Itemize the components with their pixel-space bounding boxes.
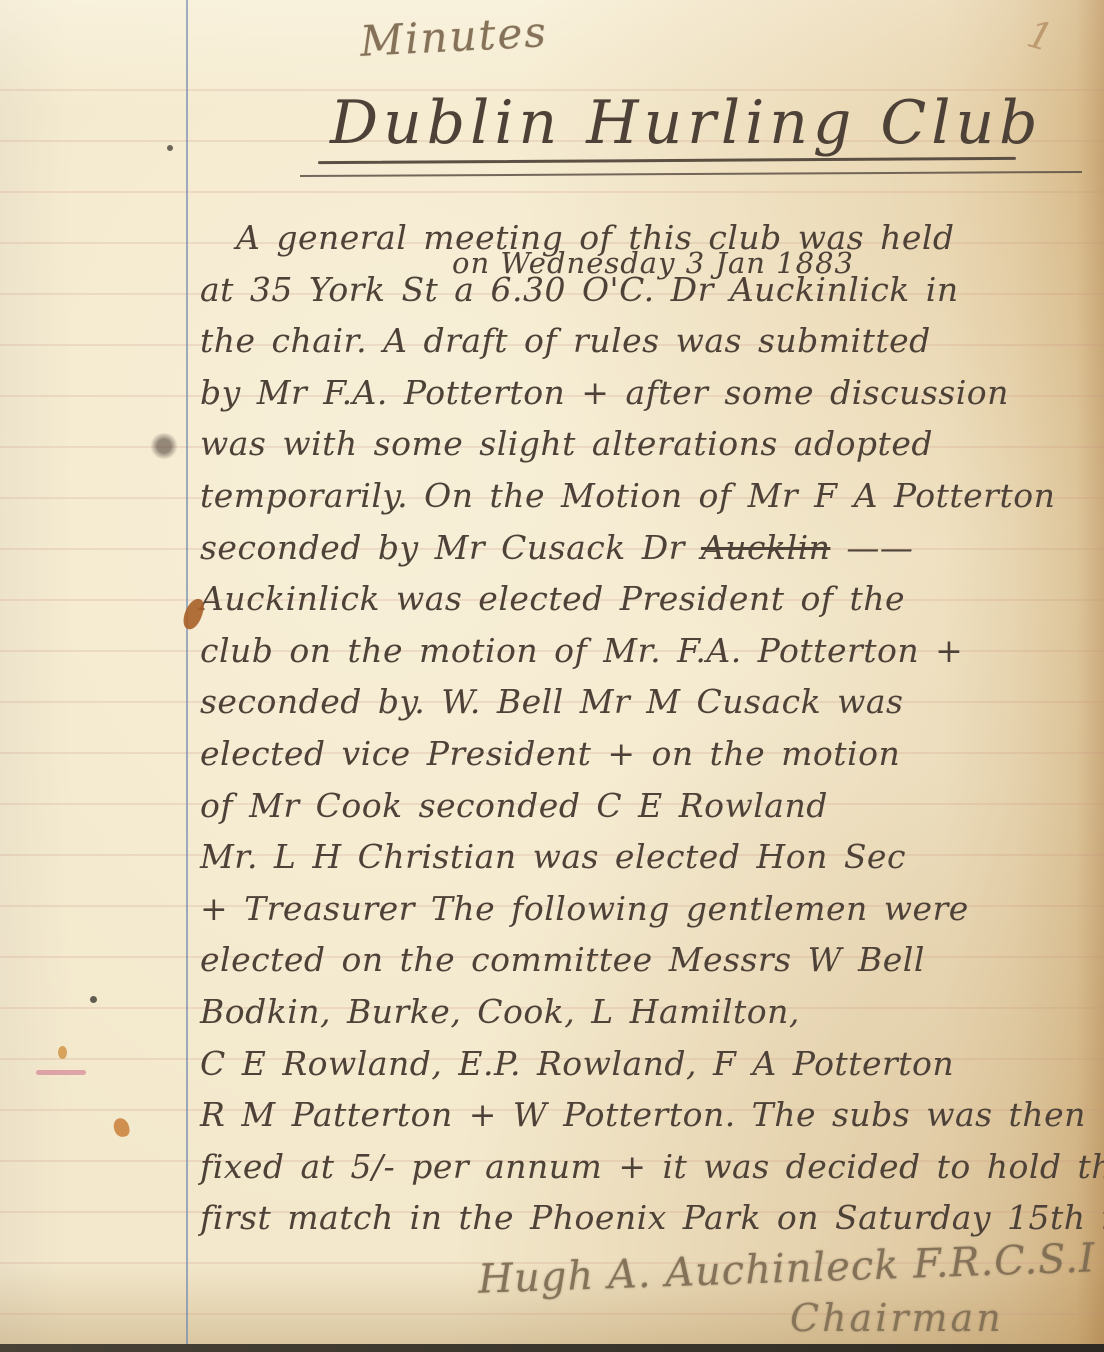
manuscript-line: by Mr F.A. Potterton + after some discus… bbox=[200, 367, 1095, 419]
manuscript-line: club on the motion of Mr. F.A. Potterton… bbox=[200, 625, 1095, 677]
signature-role: Chairman bbox=[790, 1296, 1004, 1340]
manuscript-line: Bodkin, Burke, Cook, L Hamilton, bbox=[200, 986, 1095, 1038]
manuscript-body: A general meeting of this club was helda… bbox=[200, 212, 1095, 1244]
manuscript-line: seconded by Mr Cusack Dr Aucklin —— bbox=[200, 522, 1095, 574]
margin-line bbox=[186, 0, 188, 1344]
signature: Hugh A. Auchinleck F.R.C.S.I bbox=[477, 1235, 1098, 1303]
rust-stain-small bbox=[112, 1117, 131, 1139]
pink-mark bbox=[36, 1070, 86, 1075]
ink-blot bbox=[150, 433, 178, 459]
small-dot bbox=[167, 145, 173, 151]
manuscript-line: was with some slight alterations adopted bbox=[200, 418, 1095, 470]
manuscript-page: 1 Minutes Dublin Hurling Club on Wednesd… bbox=[0, 0, 1104, 1352]
manuscript-line: A general meeting of this club was held bbox=[200, 212, 1095, 264]
orange-speck bbox=[58, 1046, 67, 1059]
title-underline-secondary bbox=[300, 171, 1082, 177]
manuscript-line: seconded by. W. Bell Mr M Cusack was bbox=[200, 676, 1095, 728]
manuscript-line: Auckinlick was elected President of the bbox=[200, 573, 1095, 625]
manuscript-line: Mr. L H Christian was elected Hon Sec bbox=[200, 831, 1095, 883]
minutes-heading: Minutes bbox=[359, 7, 549, 66]
manuscript-line: elected vice President + on the motion bbox=[200, 728, 1095, 780]
manuscript-line: of Mr Cook seconded C E Rowland bbox=[200, 780, 1095, 832]
scan-edge bbox=[0, 1344, 1104, 1352]
manuscript-line: fixed at 5/- per annum + it was decided … bbox=[200, 1141, 1095, 1193]
manuscript-line: + Treasurer The following gentlemen were bbox=[200, 883, 1095, 935]
black-dot bbox=[90, 996, 97, 1003]
manuscript-line: R M Patterton + W Potterton. The subs wa… bbox=[200, 1089, 1095, 1141]
manuscript-line: first match in the Phoenix Park on Satur… bbox=[200, 1192, 1095, 1244]
manuscript-line: elected on the committee Messrs W Bell bbox=[200, 934, 1095, 986]
manuscript-line: at 35 York St a 6.30 O'C. Dr Auckinlick … bbox=[200, 264, 1095, 316]
manuscript-line: C E Rowland, E.P. Rowland, F A Potterton bbox=[200, 1038, 1095, 1090]
manuscript-line: the chair. A draft of rules was submitte… bbox=[200, 315, 1095, 367]
page-number: 1 bbox=[1022, 12, 1057, 61]
manuscript-line: temporarily. On the Motion of Mr F A Pot… bbox=[200, 470, 1095, 522]
page-title: Dublin Hurling Club bbox=[330, 88, 1043, 158]
